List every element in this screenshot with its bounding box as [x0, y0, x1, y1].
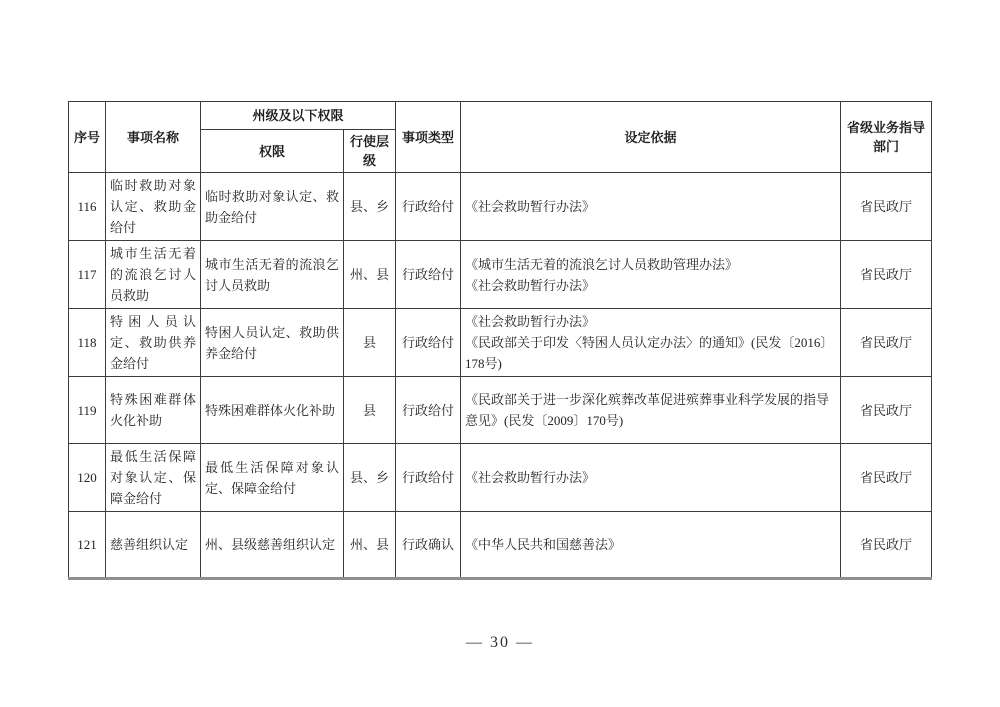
cell-authority: 特困人员认定、救助供养金给付: [201, 309, 344, 377]
header-dept: 省级业务指导部门: [841, 102, 932, 173]
cell-no: 116: [69, 173, 106, 241]
cell-basis: 《社会救助暂行办法》 《民政部关于印发〈特困人员认定办法〉的通知》(民发〔201…: [461, 309, 841, 377]
cell-dept: 省民政厅: [841, 444, 932, 512]
cell-item-name: 特殊困难群体火化补助: [106, 377, 201, 444]
cell-item-name: 城市生活无着的流浪乞讨人员救助: [106, 241, 201, 309]
cell-dept: 省民政厅: [841, 512, 932, 579]
cell-item-name: 特困人员认定、救助供养金给付: [106, 309, 201, 377]
cell-basis: 《中华人民共和国慈善法》: [461, 512, 841, 579]
header-item-name: 事项名称: [106, 102, 201, 173]
cell-exercise-level: 县: [344, 309, 396, 377]
cell-basis: 《社会救助暂行办法》: [461, 173, 841, 241]
cell-item-type: 行政确认: [396, 512, 461, 579]
header-group-authority: 州级及以下权限: [201, 102, 396, 130]
cell-exercise-level: 州、县: [344, 241, 396, 309]
cell-dept: 省民政厅: [841, 241, 932, 309]
cell-exercise-level: 县: [344, 377, 396, 444]
cell-exercise-level: 州、县: [344, 512, 396, 579]
cell-no: 121: [69, 512, 106, 579]
header-no: 序号: [69, 102, 106, 173]
header-item-type: 事项类型: [396, 102, 461, 173]
basis-line: 《城市生活无着的流浪乞讨人员救助管理办法》: [465, 254, 836, 275]
document-page: 序号 事项名称 州级及以下权限 事项类型 设定依据 省级业务指导部门 权限 行使…: [0, 0, 1000, 707]
table-row: 118 特困人员认定、救助供养金给付 特困人员认定、救助供养金给付 县 行政给付…: [69, 309, 932, 377]
basis-line: 《社会救助暂行办法》: [465, 467, 836, 488]
cell-dept: 省民政厅: [841, 173, 932, 241]
cell-no: 120: [69, 444, 106, 512]
cell-no: 117: [69, 241, 106, 309]
cell-dept: 省民政厅: [841, 309, 932, 377]
cell-authority: 州、县级慈善组织认定: [201, 512, 344, 579]
basis-line: 《社会救助暂行办法》: [465, 196, 836, 217]
cell-item-type: 行政给付: [396, 377, 461, 444]
basis-line: 《民政部关于进一步深化殡葬改革促进殡葬事业科学发展的指导意见》(民发〔2009〕…: [465, 389, 836, 431]
basis-line: 《社会救助暂行办法》: [465, 311, 836, 332]
header-basis: 设定依据: [461, 102, 841, 173]
cell-no: 118: [69, 309, 106, 377]
cell-authority: 临时救助对象认定、救助金给付: [201, 173, 344, 241]
cell-item-type: 行政给付: [396, 241, 461, 309]
cell-no: 119: [69, 377, 106, 444]
cell-basis: 《社会救助暂行办法》: [461, 444, 841, 512]
cell-item-name: 最低生活保障对象认定、保障金给付: [106, 444, 201, 512]
page-number: — 30 —: [0, 634, 1000, 652]
basis-line: 《社会救助暂行办法》: [465, 275, 836, 296]
table-row: 121 慈善组织认定 州、县级慈善组织认定 州、县 行政确认 《中华人民共和国慈…: [69, 512, 932, 579]
table-row: 120 最低生活保障对象认定、保障金给付 最低生活保障对象认定、保障金给付 县、…: [69, 444, 932, 512]
cell-item-type: 行政给付: [396, 309, 461, 377]
table-header: 序号 事项名称 州级及以下权限 事项类型 设定依据 省级业务指导部门 权限 行使…: [69, 102, 932, 173]
table-row: 116 临时救助对象认定、救助金给付 临时救助对象认定、救助金给付 县、乡 行政…: [69, 173, 932, 241]
header-exercise-level: 行使层级: [344, 130, 396, 173]
cell-basis: 《民政部关于进一步深化殡葬改革促进殡葬事业科学发展的指导意见》(民发〔2009〕…: [461, 377, 841, 444]
cell-authority: 最低生活保障对象认定、保障金给付: [201, 444, 344, 512]
cell-authority: 特殊困难群体火化补助: [201, 377, 344, 444]
cell-item-name: 慈善组织认定: [106, 512, 201, 579]
cell-authority: 城市生活无着的流浪乞讨人员救助: [201, 241, 344, 309]
table-row: 119 特殊困难群体火化补助 特殊困难群体火化补助 县 行政给付 《民政部关于进…: [69, 377, 932, 444]
basis-line: 《民政部关于印发〈特困人员认定办法〉的通知》(民发〔2016〕178号): [465, 332, 836, 374]
cell-dept: 省民政厅: [841, 377, 932, 444]
cell-item-name: 临时救助对象认定、救助金给付: [106, 173, 201, 241]
cell-item-type: 行政给付: [396, 444, 461, 512]
cell-exercise-level: 县、乡: [344, 173, 396, 241]
header-authority: 权限: [201, 130, 344, 173]
cell-item-type: 行政给付: [396, 173, 461, 241]
authority-items-table: 序号 事项名称 州级及以下权限 事项类型 设定依据 省级业务指导部门 权限 行使…: [68, 101, 932, 580]
cell-exercise-level: 县、乡: [344, 444, 396, 512]
basis-line: 《中华人民共和国慈善法》: [465, 534, 836, 555]
cell-basis: 《城市生活无着的流浪乞讨人员救助管理办法》 《社会救助暂行办法》: [461, 241, 841, 309]
table-row: 117 城市生活无着的流浪乞讨人员救助 城市生活无着的流浪乞讨人员救助 州、县 …: [69, 241, 932, 309]
